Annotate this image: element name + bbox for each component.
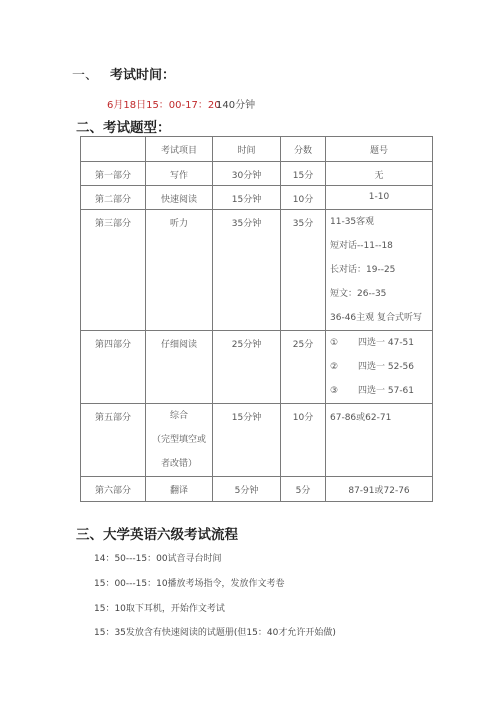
part-cell: 第四部分 xyxy=(81,331,146,404)
header-cell: 题号 xyxy=(326,137,433,162)
time-cell: 5分钟 xyxy=(213,477,281,502)
header-cell: 分数 xyxy=(281,137,326,162)
circled-number-2: ② xyxy=(330,361,358,373)
questions-cell: 67-86或62-71 xyxy=(326,404,433,477)
item-cell: 听力 xyxy=(146,210,213,331)
score-cell: 10分 xyxy=(281,404,326,477)
part-cell: 第二部分 xyxy=(81,186,146,210)
section-3-title: 三、大学英语六级考试流程 xyxy=(76,523,238,543)
section-1-number: 一、 xyxy=(72,64,110,83)
question-line: 11-35客观 xyxy=(330,210,432,234)
questions-cell: 11-35客观 短对话--11--18 长对话：19--25 短文：26--35… xyxy=(326,210,433,331)
questions-cell: 87-91或72-76 xyxy=(326,477,433,502)
questions-cell: 1-10 xyxy=(326,186,433,210)
exam-structure-table: 考试项目 时间 分数 题号 第一部分 写作 30分钟 15分 无 第二部分 快速… xyxy=(80,136,433,502)
exam-time-range: 6月18日15：00-17：20 xyxy=(107,96,221,111)
header-cell: 考试项目 xyxy=(146,137,213,162)
score-cell: 5分 xyxy=(281,477,326,502)
item-cell: 仔细阅读 xyxy=(146,331,213,404)
questions-cell: ①四选一 47-51 ②四选一 52-56 ③四选一 57-61 xyxy=(326,331,433,404)
question-line: 短对话--11--18 xyxy=(330,234,432,258)
circled-number-1: ① xyxy=(330,337,358,349)
question-line: 36-46主观 复合式听写 xyxy=(330,306,432,330)
time-cell: 15分钟 xyxy=(213,404,281,477)
table-header-row: 考试项目 时间 分数 题号 xyxy=(81,137,433,162)
item-cell: 综合 （完型填空或 者改错） xyxy=(146,404,213,477)
section-1-heading: 一、考试时间： xyxy=(72,64,175,83)
section-1-title: 考试时间： xyxy=(110,68,175,83)
table-row: 第四部分 仔细阅读 25分钟 25分 ①四选一 47-51 ②四选一 52-56… xyxy=(81,331,433,404)
question-line: 长对话：19--25 xyxy=(330,258,432,282)
question-line: ③四选一 57-61 xyxy=(330,379,432,403)
table-row: 第五部分 综合 （完型填空或 者改错） 15分钟 10分 67-86或62-71 xyxy=(81,404,433,477)
item-cell: 写作 xyxy=(146,162,213,186)
section-2-title: 二、考试题型： xyxy=(76,116,171,136)
question-line: 短文：26--35 xyxy=(330,282,432,306)
flow-step: 15：00---15：10播放考场指令，发放作文考卷 xyxy=(94,576,285,589)
header-cell xyxy=(81,137,146,162)
time-cell: 25分钟 xyxy=(213,331,281,404)
item-cell: 翻译 xyxy=(146,477,213,502)
flow-step: 15：35发放含有快速阅读的试题册(但15：40才允许开始做) xyxy=(94,625,336,638)
exam-duration: 140分钟 xyxy=(216,96,255,111)
flow-step: 14：50---15：00试音寻台时间 xyxy=(94,551,222,564)
time-cell: 15分钟 xyxy=(213,186,281,210)
score-cell: 15分 xyxy=(281,162,326,186)
part-cell: 第五部分 xyxy=(81,404,146,477)
part-cell: 第一部分 xyxy=(81,162,146,186)
flow-step: 15：10取下耳机，开始作文考试 xyxy=(94,601,225,614)
part-cell: 第六部分 xyxy=(81,477,146,502)
question-line: ①四选一 47-51 xyxy=(330,331,432,355)
circled-number-3: ③ xyxy=(330,385,358,397)
score-cell: 35分 xyxy=(281,210,326,331)
time-cell: 35分钟 xyxy=(213,210,281,331)
part-cell: 第三部分 xyxy=(81,210,146,331)
table-row: 第三部分 听力 35分钟 35分 11-35客观 短对话--11--18 长对话… xyxy=(81,210,433,331)
question-line: ②四选一 52-56 xyxy=(330,355,432,379)
questions-cell: 无 xyxy=(326,162,433,186)
table-row: 第一部分 写作 30分钟 15分 无 xyxy=(81,162,433,186)
time-cell: 30分钟 xyxy=(213,162,281,186)
header-cell: 时间 xyxy=(213,137,281,162)
table-row: 第六部分 翻译 5分钟 5分 87-91或72-76 xyxy=(81,477,433,502)
item-cell: 快速阅读 xyxy=(146,186,213,210)
score-cell: 25分 xyxy=(281,331,326,404)
table-row: 第二部分 快速阅读 15分钟 10分 1-10 xyxy=(81,186,433,210)
score-cell: 10分 xyxy=(281,186,326,210)
